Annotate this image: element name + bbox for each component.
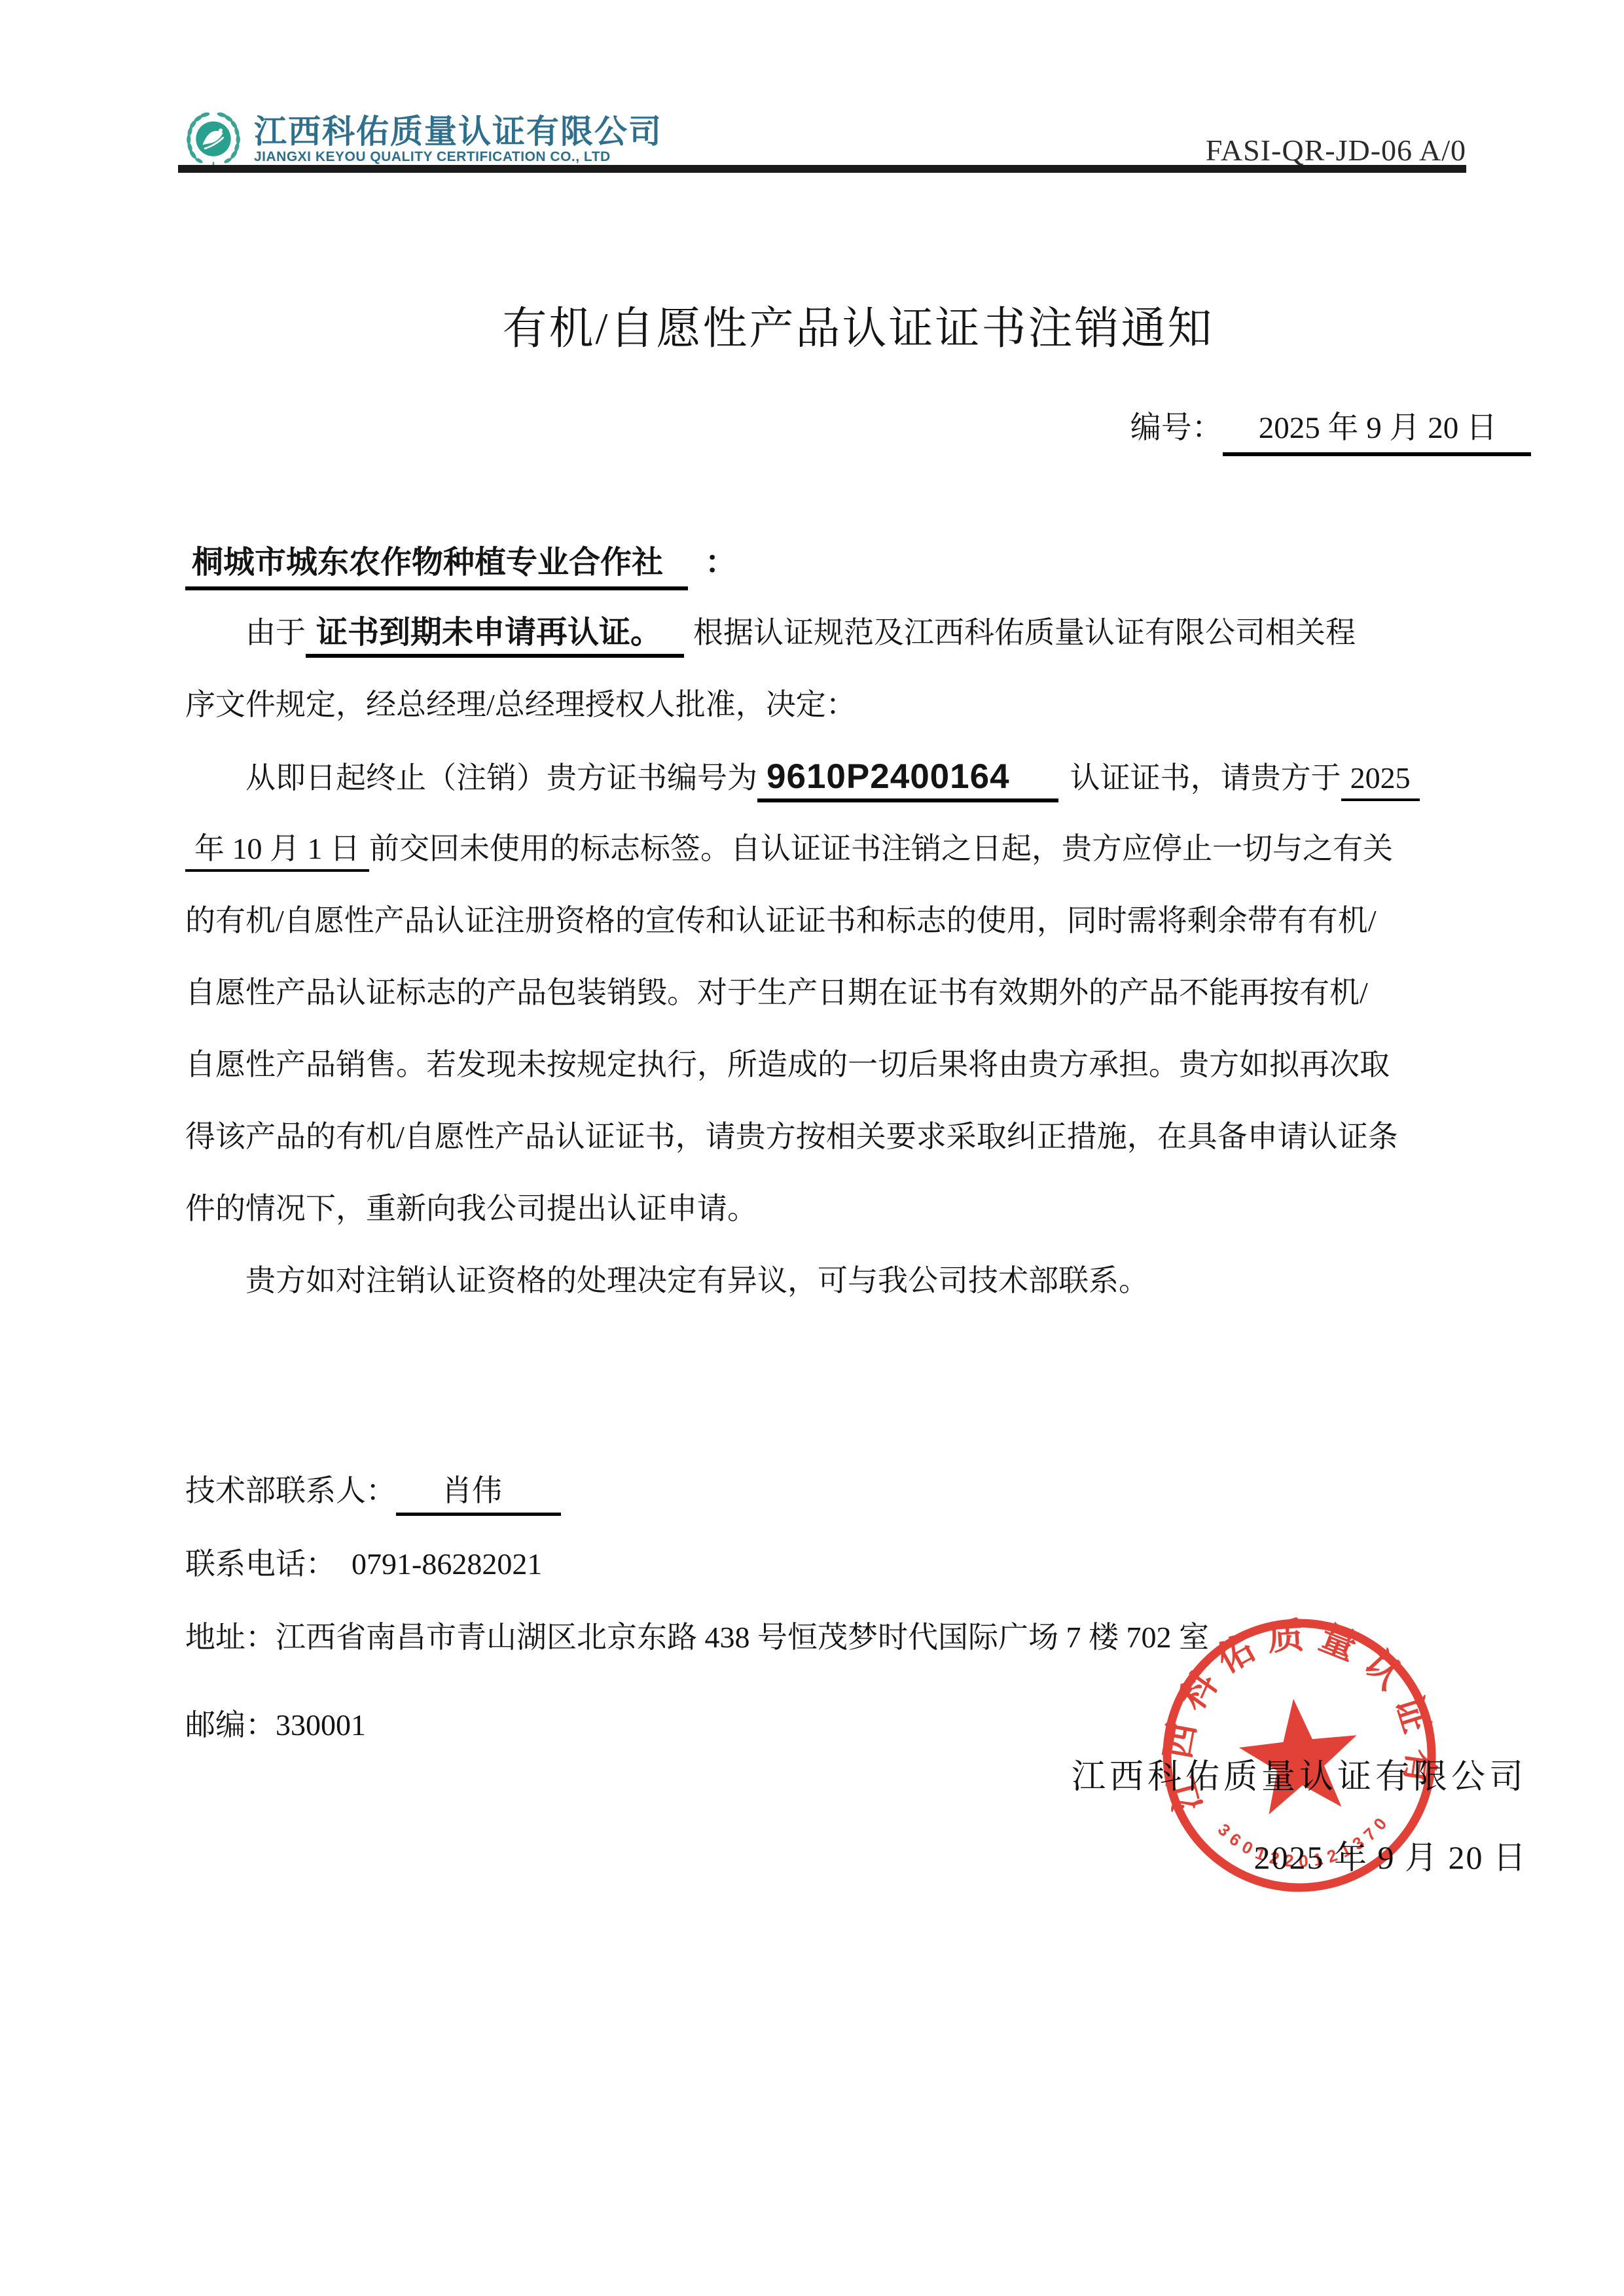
contact-phone-label: 联系电话： [185,1547,336,1581]
body-text-segment: 年 10 月 1 日 [185,832,369,872]
contact-address-label: 地址： [185,1621,276,1654]
company-logo: 江西科佑质量认证有限公司 JIANGXI KEYOU QUALITY CERTI… [182,110,662,170]
body-text-segment: 从即日起终止（注销）贵方证书编号为 [245,761,757,795]
document-code: FASI-QR-JD-06 A/0 [1206,133,1466,168]
body-text-segment: 认证证书，请贵方于 [1070,761,1341,795]
number-label: 编号： [1130,411,1223,445]
page-title: 有机/自愿性产品认证证书注销通知 [185,293,1531,357]
body-text-segment: 2025 [1341,761,1420,801]
body-line: 序文件规定，经总经理/总经理授权人批准，决定： [185,669,1547,741]
logo-company-name-zh: 江西科佑质量认证有限公司 [254,115,662,149]
logo-text: 江西科佑质量认证有限公司 JIANGXI KEYOU QUALITY CERTI… [254,115,662,166]
contact-postcode-label: 邮编： [185,1708,276,1742]
contact-person-label: 技术部联系人： [185,1474,396,1507]
body-line: 年 10 月 1 日前交回未使用的标志标签。自认证证书注销之日起，贵方应停止一切… [185,813,1547,885]
body-text-segment: 证书到期未申请再认证。 [306,615,684,658]
body-text-segment: 得该产品的有机/自愿性产品认证证书，请贵方按相关要求采取纠正措施，在具备申请认证… [185,1120,1398,1153]
body-text-segment: 件的情况下，重新向我公司提出认证申请。 [185,1192,757,1225]
contact-person-value: 肖伟 [396,1474,561,1516]
body-text-segment: 贵方如对注销认证资格的处理决定有异议，可与我公司技术部联系。 [245,1264,1149,1297]
body-line: 从即日起终止（注销）贵方证书编号为9610P2400164认证证书，请贵方于20… [185,741,1547,813]
addressee-name: 桐城市城东农作物种植专业合作社 [185,545,688,590]
body-line: 自愿性产品认证标志的产品包装销毁。对于生产日期在证书有效期外的产品不能再按有机/ [185,957,1547,1029]
body-line: 得该产品的有机/自愿性产品认证证书，请贵方按相关要求采取纠正措施，在具备申请认证… [185,1101,1547,1173]
contact-address-value: 江西省南昌市青山湖区北京东路 438 号恒茂梦时代国际广场 7 楼 702 室 [276,1621,1209,1654]
body-text-segment: 自愿性产品销售。若发现未按规定执行，所造成的一切后果将由贵方承担。贵方如拟再次取 [185,1048,1390,1081]
contact-block: 技术部联系人：肖伟 联系电话：0791-86282021 地址：江西省南昌市青山… [185,1454,1209,1762]
body-line: 由于证书到期未申请再认证。根据认证规范及江西科佑质量认证有限公司相关程 [185,597,1547,669]
signature-date: 2025 年 9 月 20 日 [185,1831,1527,1878]
notice-body: 由于证书到期未申请再认证。根据认证规范及江西科佑质量认证有限公司相关程序文件规定… [185,597,1547,1317]
body-line: 的有机/自愿性产品认证注册资格的宣传和认证证书和标志的使用，同时需将剩余带有有机… [185,885,1547,957]
header-divider [178,165,1466,173]
contact-phone-value: 0791-86282021 [336,1547,542,1581]
body-text-segment: 的有机/自愿性产品认证注册资格的宣传和认证证书和标志的使用，同时需将剩余带有有机… [185,904,1377,937]
document-page: 江西科佑质量认证有限公司 JIANGXI KEYOU QUALITY CERTI… [0,0,1624,2296]
number-value: 2025 年 9 月 20 日 [1223,403,1531,456]
body-text-segment: 根据认证规范及江西科佑质量认证有限公司相关程 [693,616,1356,649]
addressee-colon: ： [705,545,736,580]
body-text-segment: 前交回未使用的标志标签。自认证证书注销之日起，贵方应停止一切与之有关 [369,832,1393,865]
signature-company: 江西科佑质量认证有限公司 [185,1749,1527,1798]
body-text-segment: 序文件规定，经总经理/总经理授权人批准，决定： [185,688,856,721]
contact-postcode-value: 330001 [276,1708,366,1742]
contact-person-line: 技术部联系人：肖伟 [185,1454,1209,1528]
body-line: 件的情况下，重新向我公司提出认证申请。 [185,1173,1547,1245]
logo-company-name-en: JIANGXI KEYOU QUALITY CERTIFICATION CO.,… [254,149,662,166]
body-text-segment: 由于 [245,616,306,649]
contact-phone-line: 联系电话：0791-86282021 [185,1528,1209,1601]
contact-address-line: 地址：江西省南昌市青山湖区北京东路 438 号恒茂梦时代国际广场 7 楼 702… [185,1601,1209,1674]
body-line: 自愿性产品销售。若发现未按规定执行，所造成的一切后果将由贵方承担。贵方如拟再次取 [185,1029,1547,1101]
body-text-segment: 9610P2400164 [757,757,1058,802]
logo-wreath-icon [182,110,245,170]
addressee-line: 桐城市城东农作物种植专业合作社： [185,537,736,582]
number-line: 编号：2025 年 9 月 20 日 [185,403,1531,456]
body-text-segment: 自愿性产品认证标志的产品包装销毁。对于生产日期在证书有效期外的产品不能再按有机/ [185,976,1368,1009]
body-line: 贵方如对注销认证资格的处理决定有异议，可与我公司技术部联系。 [185,1245,1547,1317]
